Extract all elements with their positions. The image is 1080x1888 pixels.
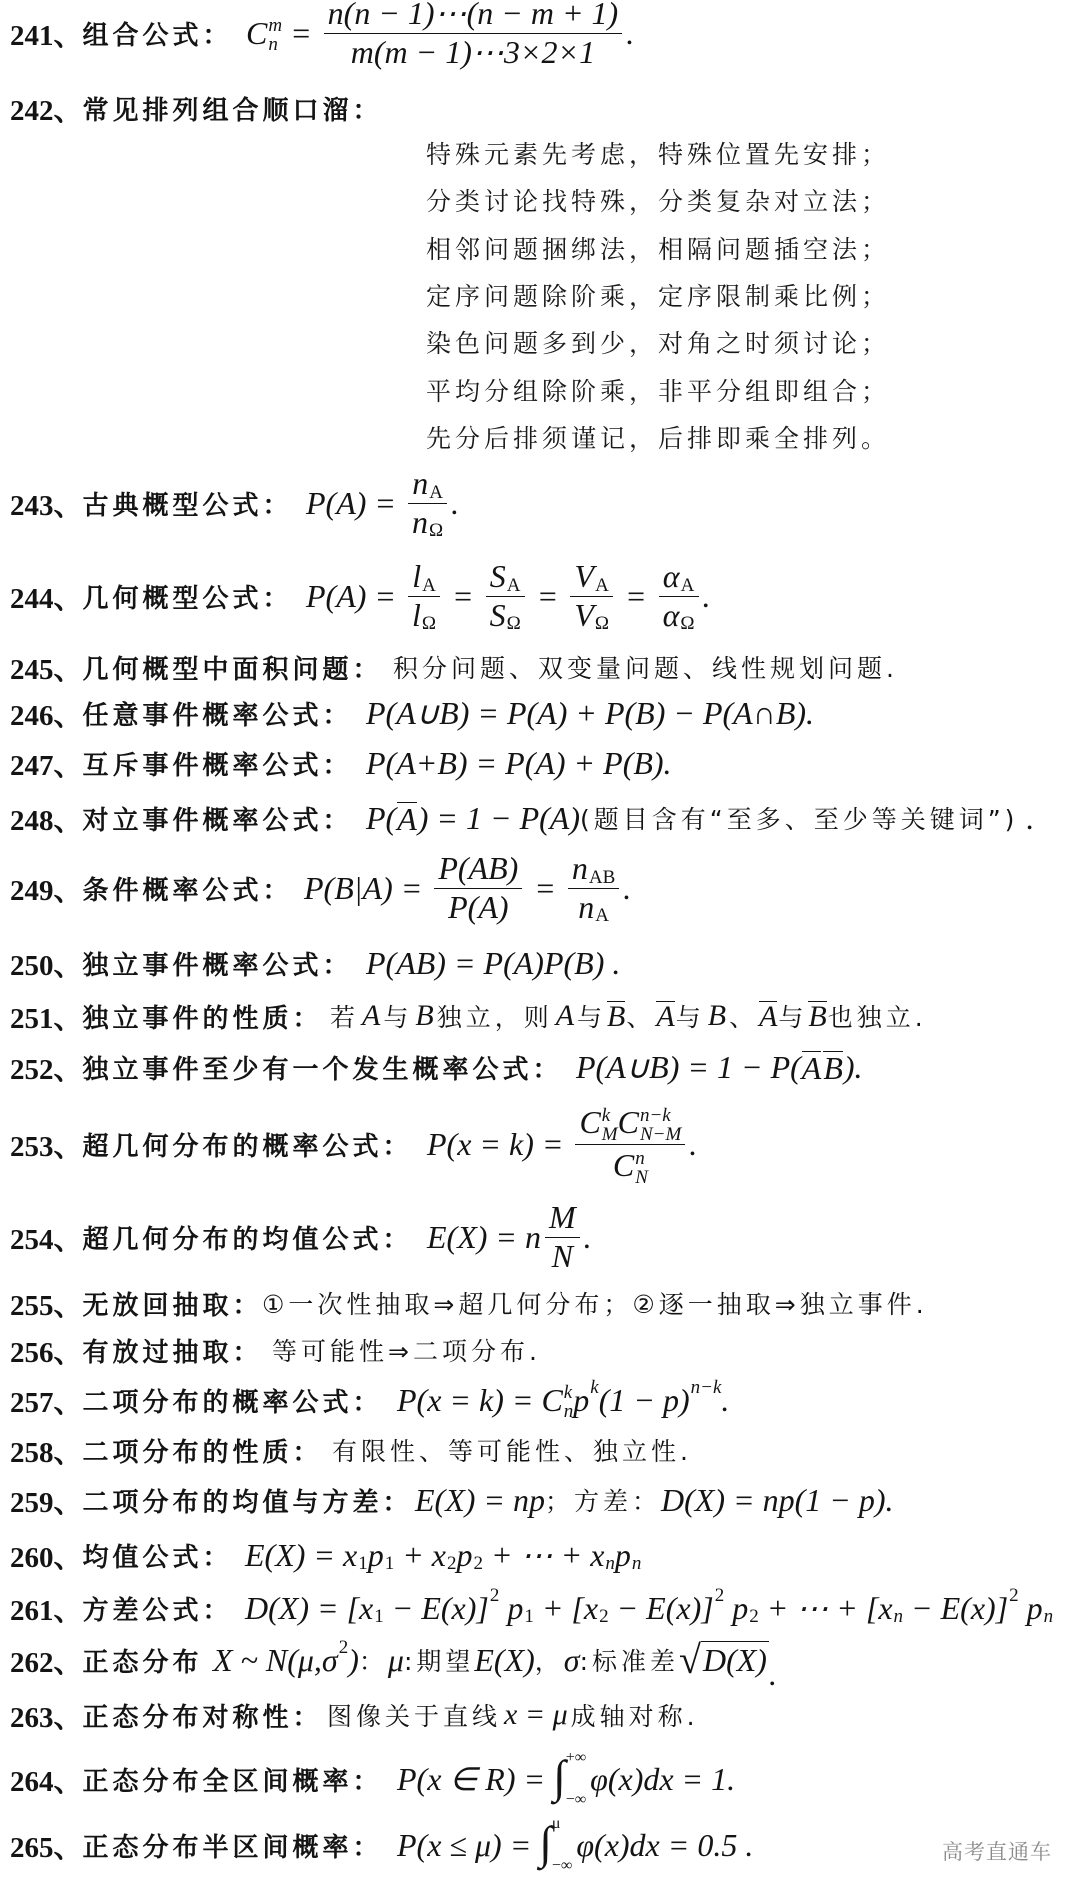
poem-line: 染色问题多到少，对角之时须讨论；	[426, 322, 890, 362]
item-title: 正态分布全区间概率：	[83, 1761, 383, 1798]
text-segment: 图像关于直线	[327, 1697, 501, 1733]
equals: =	[282, 15, 320, 52]
subscript: n	[268, 35, 282, 54]
item-label: 242、常见排列组合顺口溜：	[10, 88, 383, 129]
item-number: 256、	[10, 1330, 83, 1371]
symbol: n	[578, 891, 594, 925]
fraction: MN	[545, 1201, 580, 1273]
mean-expression: E(X) = np	[415, 1482, 545, 1519]
item-title: 二项分布的性质：	[83, 1432, 323, 1469]
fraction-numerator: VA	[570, 560, 613, 596]
item-label: 254、超几何分布的均值公式：	[10, 1217, 427, 1258]
fraction-denominator: nΩ	[408, 503, 447, 540]
item-250: 250、独立事件概率公式：P(AB) = P(A)P(B) .	[10, 943, 620, 983]
integral-limits: +∞−∞	[566, 1750, 586, 1808]
normal-distribution-formula: X ~ N(μ,σ2)：μ:期望E(X)，σ:标准差√D(X).	[213, 1640, 777, 1680]
subscript: Ω	[429, 521, 443, 541]
item-256: 256、有放过抽取：等可能性⇒二项分布.	[10, 1330, 541, 1370]
poem-line: 分类讨论找特殊，分类复杂对立法；	[426, 180, 890, 220]
period: .	[451, 485, 459, 522]
item-title: 方差公式：	[83, 1590, 233, 1627]
item-label: 265、正态分布半区间概率：	[10, 1825, 397, 1866]
item-label: 251、独立事件的性质：	[10, 996, 330, 1037]
subscript: N	[635, 1168, 648, 1187]
item-258: 258、二项分布的性质：有限性、等可能性、独立性.	[10, 1430, 692, 1470]
term: + ⋯ + [x	[759, 1589, 893, 1627]
symbol: C	[579, 1106, 600, 1140]
subscript: n	[632, 1553, 642, 1575]
period: .	[737, 1827, 753, 1864]
expression-start: P(	[366, 800, 396, 837]
item-title: 互斥事件概率公式：	[83, 745, 353, 782]
item-label: 247、互斥事件概率公式：	[10, 743, 366, 784]
item-label: 253、超几何分布的概率公式：	[10, 1124, 427, 1165]
subscript: 1	[374, 1606, 384, 1628]
subscript: A	[681, 576, 695, 596]
superscript: n	[635, 1149, 648, 1168]
item-number: 249、	[10, 868, 83, 909]
term: p	[724, 1590, 748, 1627]
subscript: AB	[589, 868, 615, 888]
item-text: 若A与B独立，则A与B、A与B、A与B也独立.	[330, 998, 927, 1034]
item-label: 262、正态分布	[10, 1640, 213, 1681]
subscript: 2	[749, 1606, 759, 1628]
fraction-denominator: P(A)	[434, 888, 522, 925]
variance-expression: D(X) = np(1 − p).	[661, 1482, 893, 1519]
item-261: 261、方差公式：D(X) = [x1 − E(x)]2 p1 + [x2 − …	[10, 1588, 1053, 1628]
item-244: 244、几何概型公式：P(A) = lAlΩ = SASΩ = VAVΩ = α…	[10, 556, 711, 636]
symbol: α	[663, 560, 680, 594]
expression: (1 − p)	[599, 1382, 690, 1419]
term: X ~ N(μ,σ	[213, 1642, 338, 1679]
item-label: 248、对立事件概率公式：	[10, 798, 366, 839]
period: .	[1018, 800, 1034, 837]
text-segment: ：	[359, 1642, 388, 1678]
item-label: 257、二项分布的概率公式：	[10, 1380, 397, 1421]
item-text: ①一次性抽取⇒超几何分布；②逐一抽取⇒独立事件.	[262, 1285, 928, 1321]
lower-limit: −∞	[552, 1858, 572, 1874]
item-title: 独立事件的性质：	[83, 998, 323, 1035]
overlined-symbol: B	[607, 1001, 625, 1032]
term: + x	[394, 1537, 446, 1574]
superscript: n−k	[640, 1106, 681, 1125]
item-number: 248、	[10, 798, 83, 839]
text-segment: 若	[330, 998, 359, 1034]
symbol: α	[663, 599, 680, 633]
period: .	[721, 1382, 729, 1419]
item-number: 244、	[10, 576, 83, 617]
item-title: 组合公式：	[83, 15, 233, 52]
item-title: 二项分布的概率公式：	[83, 1382, 383, 1419]
item-label: 243、古典概型公式：	[10, 483, 306, 524]
fraction-denominator: SΩ	[486, 596, 525, 633]
item-text: 图像关于直线x = μ成轴对称.	[327, 1697, 699, 1733]
superscript: k	[590, 1377, 598, 1399]
subscript: N−M	[640, 1125, 681, 1144]
watermark: 高考直通车	[942, 1836, 1052, 1866]
text-segment: ，	[535, 1642, 564, 1678]
subscript: 2	[599, 1606, 609, 1628]
subscript: A	[595, 906, 609, 926]
lower-limit: −∞	[566, 1792, 586, 1808]
item-title: 独立事件概率公式：	[83, 945, 353, 982]
item-number: 262、	[10, 1640, 83, 1681]
symbol: C	[246, 15, 267, 52]
item-title: 正态分布对称性：	[83, 1697, 323, 1734]
hypergeometric-mean-formula: E(X) = nMN.	[427, 1201, 592, 1273]
subscript: 1	[385, 1553, 395, 1575]
item-245: 245、几何概型中面积问题：积分问题、双变量问题、线性规划问题.	[10, 647, 898, 687]
item-title: 独立事件至少有一个发生概率公式：	[83, 1049, 563, 1086]
poem-line: 相邻问题捆绑法，相隔问题插空法；	[426, 228, 890, 268]
term: E(X) = x	[245, 1537, 357, 1574]
variance-formula: D(X) = [x1 − E(x)]2 p1 + [x2 − E(x)]2 p2…	[245, 1589, 1053, 1627]
item-label: 255、无放回抽取：	[10, 1283, 262, 1324]
item-257: 257、二项分布的概率公式：P(x = k) = Cknpk(1 − p)n−k…	[10, 1380, 729, 1420]
symbol: l	[412, 599, 421, 633]
item-number: 255、	[10, 1283, 83, 1324]
item-number: 263、	[10, 1695, 83, 1736]
expression: P(A∪B) = P(A) + P(B) − P(A∩B)	[366, 694, 806, 732]
upper-limit: +∞	[566, 1750, 586, 1766]
item-title: 均值公式：	[83, 1537, 233, 1574]
equals: =	[617, 578, 655, 615]
binomial-mean-variance-formula: E(X) = np；方差：D(X) = np(1 − p).	[415, 1482, 893, 1519]
fraction-area: SASΩ	[486, 560, 525, 632]
item-number: 252、	[10, 1047, 83, 1088]
fraction-denominator: VΩ	[570, 596, 613, 633]
mean-formula: E(X) = x1p1 + x2p2 + ⋯ + xnpn	[245, 1536, 641, 1574]
complement-probability-formula: P(A) = 1 − P(A)(题目含有“至多、至少等关键词”) .	[366, 800, 1034, 837]
symbol: C	[613, 1149, 634, 1183]
term: )	[348, 1642, 359, 1679]
item-label: 261、方差公式：	[10, 1588, 245, 1629]
text-segment: 也独立.	[828, 998, 927, 1034]
integral-icon: ∫	[539, 1820, 552, 1866]
subscript: n	[605, 1553, 615, 1575]
fraction-volume: VAVΩ	[570, 560, 613, 632]
poem-line: 特殊元素先考虑，特殊位置先安排；	[426, 133, 890, 173]
fraction-numerator: CkMCn−kN−M	[575, 1104, 685, 1144]
equals: =	[393, 870, 431, 907]
symbol: n	[572, 852, 588, 886]
item-text: 积分问题、双变量问题、线性规划问题.	[393, 649, 898, 685]
term: E(X)	[474, 1642, 534, 1679]
item-number: 242、	[10, 88, 83, 129]
item-label: 259、二项分布的均值与方差：	[10, 1480, 415, 1521]
item-262: 262、正态分布X ~ N(μ,σ2)：μ:期望E(X)，σ:标准差√D(X).	[10, 1640, 777, 1680]
fraction-angle: αAαΩ	[659, 560, 699, 632]
symbol: n	[412, 506, 428, 540]
subscript: Ω	[680, 614, 694, 634]
item-label: 250、独立事件概率公式：	[10, 943, 366, 984]
fraction-numerator: SA	[486, 560, 525, 596]
subscript: n	[894, 1606, 904, 1628]
subscript: 1	[524, 1606, 534, 1628]
lhs: P(A)	[306, 578, 366, 615]
subscript: 2	[447, 1553, 457, 1575]
item-title: 常见排列组合顺口溜：	[83, 90, 383, 127]
period: .	[703, 578, 711, 615]
item-label: 256、有放过抽取：	[10, 1330, 272, 1371]
subscript: A	[595, 576, 609, 596]
item-249: 249、条件概率公式：P(B|A) = P(AB)P(A) = nABnA.	[10, 848, 631, 928]
item-label: 241、组合公式：	[10, 13, 246, 54]
normal-full-interval-formula: P(x ∈ R) = ∫+∞−∞φ(x)dx = 1.	[397, 1750, 735, 1808]
expression-rest: ) = 1 − P(A)	[418, 800, 580, 837]
fraction-denominator: CnN	[575, 1144, 685, 1185]
item-label: 263、正态分布对称性：	[10, 1695, 327, 1736]
superscript: m	[268, 16, 282, 35]
item-label: 264、正态分布全区间概率：	[10, 1759, 397, 1800]
item-252: 252、独立事件至少有一个发生概率公式：P(A∪B) = 1 − P(AB).	[10, 1047, 863, 1087]
item-265: 265、正态分布半区间概率：P(x ≤ μ) = ∫μ−∞φ(x)dx = 0.…	[10, 1815, 753, 1875]
item-title: 正态分布	[83, 1642, 203, 1679]
term: + ⋯ + x	[483, 1536, 604, 1574]
item-title: 超几何分布的概率公式：	[83, 1126, 413, 1163]
fraction-denominator: m(m − 1)⋯3×2×1	[324, 33, 623, 70]
item-number: 261、	[10, 1588, 83, 1629]
item-number: 254、	[10, 1217, 83, 1258]
text-segment: 、	[626, 998, 655, 1034]
item-title: 古典概型公式：	[83, 485, 293, 522]
term: − E(x)]	[384, 1590, 489, 1627]
term: − E(x)]	[903, 1590, 1008, 1627]
item-253: 253、超几何分布的概率公式：P(x = k) = CkMCn−kN−MCnN.	[10, 1099, 697, 1189]
item-title: 超几何分布的均值公式：	[83, 1219, 413, 1256]
text-segment: :期望	[404, 1642, 474, 1678]
math-symbol: B	[415, 999, 433, 1033]
superscript: 2	[1009, 1585, 1019, 1607]
lhs: P(B|A)	[304, 870, 393, 907]
item-247: 247、互斥事件概率公式：P(A+B) = P(A) + P(B).	[10, 743, 672, 783]
text-segment: 与	[383, 998, 412, 1034]
fraction: CkMCn−kN−MCnN	[575, 1104, 685, 1185]
item-242: 242、常见排列组合顺口溜：	[10, 88, 383, 128]
period: .	[623, 870, 631, 907]
poem-line: 平均分组除阶乘，非平分组即组合；	[426, 370, 890, 410]
subscript: 2	[474, 1553, 484, 1575]
item-title: 条件概率公式：	[83, 870, 293, 907]
fraction-numerator: nAB	[568, 852, 619, 888]
superscript: n−k	[691, 1377, 722, 1399]
integral-limits: μ−∞	[552, 1816, 572, 1874]
integrand: φ(x)dx = 1	[590, 1761, 727, 1798]
fraction-numerator: M	[545, 1201, 580, 1237]
period: .	[604, 945, 620, 982]
item-number: 257、	[10, 1380, 83, 1421]
fraction-numerator: nA	[408, 467, 447, 503]
equals: =	[534, 1126, 572, 1163]
symbol: n	[412, 467, 428, 501]
lhs: P(x ∈ R) =	[397, 1760, 553, 1798]
independent-event-formula: P(AB) = P(A)P(B) .	[366, 945, 620, 982]
item-number: 250、	[10, 943, 83, 984]
term: + [x	[534, 1590, 598, 1627]
item-255: 255、无放回抽取：①一次性抽取⇒超几何分布；②逐一抽取⇒独立事件.	[10, 1283, 928, 1323]
radicand: D(X)	[701, 1641, 769, 1678]
subscript: Ω	[507, 614, 521, 634]
text-segment: 成轴对称.	[571, 1697, 699, 1733]
overlined-symbol: A	[656, 1001, 674, 1032]
item-label: 244、几何概型公式：	[10, 576, 306, 617]
at-least-one-formula: P(A∪B) = 1 − P(AB).	[576, 1048, 863, 1086]
math-symbol: σ	[564, 1642, 580, 1679]
item-title: 二项分布的均值与方差：	[83, 1482, 413, 1519]
subscript: Ω	[422, 614, 436, 634]
geometric-probability-formula: P(A) = lAlΩ = SASΩ = VAVΩ = αAαΩ.	[306, 560, 711, 632]
term: D(X) = [x	[245, 1590, 373, 1627]
fraction-denominator: nA	[568, 888, 619, 925]
superscript: 2	[339, 1637, 349, 1659]
math-symbol: μ	[388, 1642, 404, 1679]
text-segment: 与	[676, 998, 705, 1034]
item-title: 对立事件概率公式：	[83, 800, 353, 837]
item-number: 265、	[10, 1825, 83, 1866]
item-label: 258、二项分布的性质：	[10, 1430, 332, 1471]
item-title: 几何概型中面积问题：	[83, 649, 383, 686]
equals: =	[444, 578, 482, 615]
lhs: P(x ≤ μ) =	[397, 1827, 539, 1864]
fraction-denominator: αΩ	[659, 596, 699, 633]
symbol: S	[490, 599, 506, 633]
item-number: 253、	[10, 1124, 83, 1165]
period: .	[584, 1219, 592, 1256]
symbol: S	[490, 560, 506, 594]
superscript: k	[602, 1106, 618, 1125]
fraction: P(AB)P(A)	[434, 852, 522, 924]
item-254: 254、超几何分布的均值公式：E(X) = nMN.	[10, 1197, 592, 1277]
sqrt-icon: √	[679, 1640, 701, 1680]
term: − E(x)]	[609, 1590, 714, 1627]
scripts: kM	[602, 1106, 618, 1144]
lhs: P(x = k) = C	[397, 1382, 563, 1419]
item-number: 243、	[10, 483, 83, 524]
expression: P(A+B) = P(A) + P(B)	[366, 745, 664, 782]
text-segment: 独立，则	[437, 998, 553, 1034]
item-number: 260、	[10, 1535, 83, 1576]
scripts: nN	[635, 1149, 648, 1187]
item-title: 正态分布半区间概率：	[83, 1827, 383, 1864]
item-title: 无放回抽取：	[83, 1285, 263, 1322]
fraction: nABnA	[568, 852, 619, 924]
text-segment: 与	[778, 998, 807, 1034]
upper-limit: μ	[552, 1816, 572, 1832]
superscript: 2	[715, 1585, 725, 1607]
fraction-length: lAlΩ	[408, 560, 440, 632]
item-264: 264、正态分布全区间概率：P(x ∈ R) = ∫+∞−∞φ(x)dx = 1…	[10, 1749, 735, 1809]
union-probability-formula: P(A∪B) = P(A) + P(B) − P(A∩B).	[366, 694, 814, 732]
integral-icon: ∫	[553, 1754, 566, 1800]
equals: =	[526, 870, 564, 907]
item-number: 259、	[10, 1480, 83, 1521]
note-text: (题目含有“至多、至少等关键词”)	[580, 800, 1018, 836]
overlined-symbol: A	[759, 1001, 777, 1032]
fraction-denominator: N	[545, 1237, 580, 1274]
math-symbol: B	[708, 999, 726, 1033]
item-number: 241、	[10, 13, 83, 54]
conditional-probability-formula: P(B|A) = P(AB)P(A) = nABnA.	[304, 852, 631, 924]
equals: =	[366, 485, 404, 522]
item-251: 251、独立事件的性质：若A与B独立，则A与B、A与B、A与B也独立.	[10, 996, 927, 1036]
item-263: 263、正态分布对称性：图像关于直线x = μ成轴对称.	[10, 1695, 699, 1735]
item-label: 246、任意事件概率公式：	[10, 693, 366, 734]
item-label: 252、独立事件至少有一个发生概率公式：	[10, 1047, 576, 1088]
lhs: P(A)	[306, 485, 366, 522]
item-number: 264、	[10, 1759, 83, 1800]
overlined-symbol: A	[802, 1051, 822, 1083]
subscript: n	[564, 1402, 574, 1421]
period: .	[806, 695, 814, 732]
overlined-symbol: B	[823, 1051, 843, 1083]
subscript: Ω	[595, 614, 609, 634]
fraction-numerator: αA	[659, 560, 699, 596]
symbol: V	[575, 560, 595, 594]
math-symbol: A	[362, 999, 380, 1033]
mutually-exclusive-formula: P(A+B) = P(A) + P(B).	[366, 745, 672, 782]
equals: =	[529, 578, 567, 615]
lhs: P(x = k)	[427, 1126, 534, 1163]
superscript: 2	[490, 1585, 500, 1607]
period: .	[769, 1656, 777, 1693]
binomial-probability-formula: P(x = k) = Cknpk(1 − p)n−k.	[397, 1381, 729, 1419]
classical-probability-formula: P(A) = nAnΩ.	[306, 467, 459, 539]
item-label: 249、条件概率公式：	[10, 868, 304, 909]
scripts: n−kN−M	[640, 1106, 681, 1144]
subscript: n	[1044, 1606, 1054, 1628]
item-text: 有限性、等可能性、独立性.	[332, 1432, 692, 1468]
poem-line: 先分后排须谨记，后排即乘全排列。	[426, 417, 890, 457]
item-label: 260、均值公式：	[10, 1535, 245, 1576]
item-260: 260、均值公式：E(X) = x1p1 + x2p2 + ⋯ + xnpn	[10, 1535, 641, 1575]
integrand: φ(x)dx = 0.5	[576, 1827, 737, 1864]
text-segment: 与	[577, 998, 606, 1034]
item-text: 等可能性⇒二项分布.	[272, 1332, 541, 1368]
item-243: 243、古典概型公式：P(A) = nAnΩ.	[10, 463, 459, 543]
item-number: 246、	[10, 693, 83, 734]
subscript: M	[602, 1125, 618, 1144]
subscript: 1	[358, 1553, 368, 1575]
expression: P(AB) = P(A)P(B)	[366, 945, 604, 982]
fraction-denominator: lΩ	[408, 596, 440, 633]
item-title: 任意事件概率公式：	[83, 695, 353, 732]
separator-text: ；方差：	[545, 1482, 661, 1518]
fraction: nAnΩ	[408, 467, 447, 539]
item-248: 248、对立事件概率公式：P(A) = 1 − P(A)(题目含有“至多、至少等…	[10, 798, 1034, 838]
poem-line: 定序问题除阶乘，定序限制乘比例；	[426, 275, 890, 315]
period: .	[626, 15, 634, 52]
fraction-numerator: lA	[408, 560, 440, 596]
text-segment: 、	[729, 998, 758, 1034]
subscript: A	[507, 576, 521, 596]
equals: =	[366, 578, 404, 615]
fraction: n(n − 1)⋯(n − m + 1)m(m − 1)⋯3×2×1	[324, 0, 623, 69]
expression-start: P(A∪B) = 1 − P(	[576, 1048, 801, 1086]
item-246: 246、任意事件概率公式：P(A∪B) = P(A) + P(B) − P(A∩…	[10, 693, 814, 733]
expression-end: ).	[844, 1049, 863, 1086]
item-title: 几何概型公式：	[83, 578, 293, 615]
symbol: V	[574, 599, 594, 633]
item-number: 251、	[10, 996, 83, 1037]
term: p	[615, 1537, 631, 1574]
term: p	[1019, 1590, 1043, 1627]
scripts: kn	[564, 1383, 574, 1421]
symbol: l	[412, 560, 421, 594]
symbol: C	[618, 1106, 639, 1140]
item-241: 241、组合公式：Cmn = n(n − 1)⋯(n − m + 1)m(m −…	[10, 0, 634, 73]
math-symbol: A	[556, 999, 574, 1033]
text-segment: :标准差	[580, 1642, 679, 1678]
